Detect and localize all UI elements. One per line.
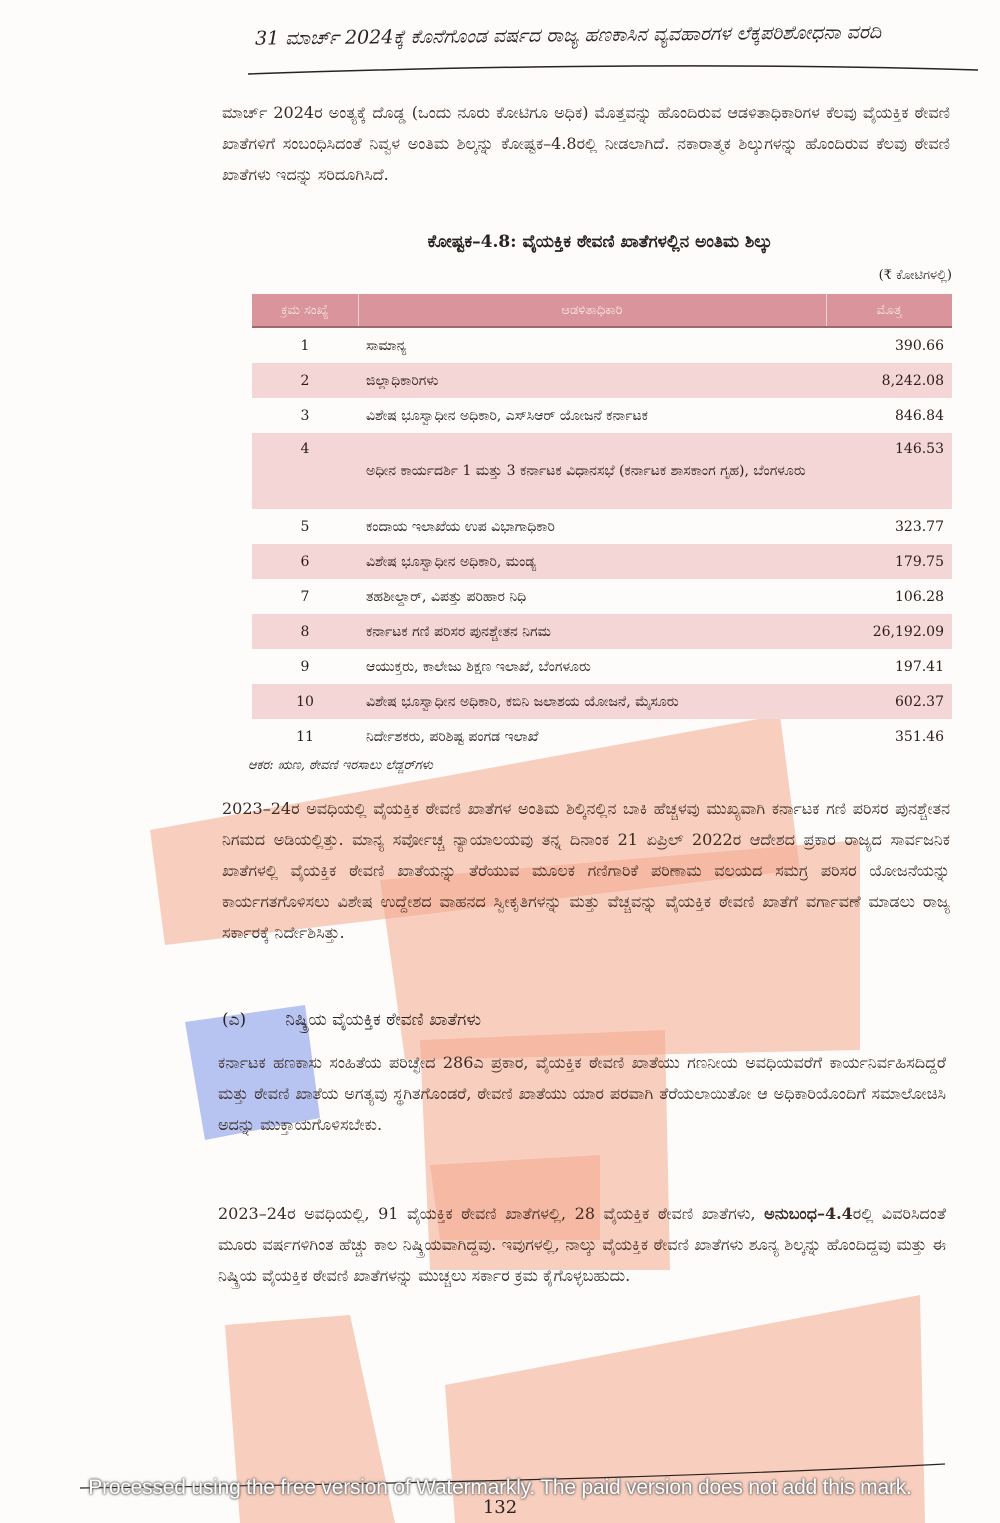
administrator-cell: ಕರ್ನಾಟಕ ಗಣಿ ಪರಿಸರ ಪುನಶ್ಚೇತನ ನಿಗಮ [358,614,826,649]
subsection-heading: (ಎ) ನಿಷ್ಕ್ರಿಯ ವೈಯಕ್ತಿಕ ಠೇವಣಿ ಖಾತೆಗಳು [222,1010,481,1030]
administrator-cell: ಕಂದಾಯ ಇಲಾಖೆಯ ಉಪ ವಿಭಾಗಾಧಿಕಾರಿ [358,509,826,544]
administrator-cell: ಆಯುಕ್ತರು, ಕಾಲೇಜು ಶಿಕ್ಷಣ ಇಲಾಖೆ, ಬೆಂಗಳೂರು [358,649,826,684]
amount-cell: 323.77 [826,509,952,544]
administrator-cell: ಜಿಲ್ಲಾಧಿಕಾರಿಗಳು [358,363,826,398]
table-row: 5ಕಂದಾಯ ಇಲಾಖೆಯ ಉಪ ವಿಭಾಗಾಧಿಕಾರಿ323.77 [252,509,952,544]
table-row: 2ಜಿಲ್ಲಾಧಿಕಾರಿಗಳು8,242.08 [252,363,952,398]
subsection-label: (ಎ) [222,1010,280,1030]
column-header-serial: ಕ್ರಮ ಸಂಖ್ಯೆ [252,294,358,327]
serial-cell: 6 [252,544,358,579]
amount-cell: 602.37 [826,684,952,719]
administrator-cell: ತಹಶೀಲ್ದಾರ್, ವಿಪತ್ತು ಪರಿಹಾರ ನಿಧಿ [358,579,826,614]
column-header-amount: ಮೊತ್ತ [826,294,952,327]
serial-cell: 1 [252,327,358,363]
serial-cell: 7 [252,579,358,614]
amount-cell: 106.28 [826,579,952,614]
table-row: 11ನಿರ್ದೇಶಕರು, ಪರಿಶಿಷ್ಟ ಪಂಗಡ ಇಲಾಖೆ351.46 [252,719,952,754]
administrator-cell: ಅಧೀನ ಕಾರ್ಯದರ್ಶಿ 1 ಮತ್ತು 3 ಕರ್ನಾಟಕ ವಿಧಾನಸ… [358,433,826,509]
administrator-cell: ವಿಶೇಷ ಭೂಸ್ವಾಧೀನ ಅಧಿಕಾರಿ, ಮಂಡ್ಯ [358,544,826,579]
serial-cell: 11 [252,719,358,754]
administrator-cell: ನಿರ್ದೇಶಕರು, ಪರಿಶಿಷ್ಟ ಪಂಗಡ ಇಲಾಖೆ [358,719,826,754]
paragraph-inactive-accounts: 2023–24ರ ಅವಧಿಯಲ್ಲಿ, 91 ವೈಯಕ್ತಿಕ ಠೇವಣಿ ಖಾ… [218,1198,946,1291]
paragraph-finance-code: ಕರ್ನಾಟಕ ಹಣಕಾಸು ಸಂಹಿತೆಯ ಪರಿಚ್ಛೇದ 286ಎ ಪ್ರ… [218,1047,946,1140]
amount-cell: 351.46 [826,719,952,754]
amount-cell: 390.66 [826,327,952,363]
balance-table: ಕ್ರಮ ಸಂಖ್ಯೆ ಆಡಳಿತಾಧಿಕಾರಿ ಮೊತ್ತ 1ಸಾಮಾನ್ಯ3… [252,294,952,754]
administrator-cell: ಸಾಮಾನ್ಯ [358,327,826,363]
table-row: 8ಕರ್ನಾಟಕ ಗಣಿ ಪರಿಸರ ಪುನಶ್ಚೇತನ ನಿಗಮ26,192.… [252,614,952,649]
serial-cell: 3 [252,398,358,433]
table-title: ಕೋಷ್ಟಕ–4.8: ವೈಯಕ್ತಿಕ ಠೇವಣಿ ಖಾತೆಗಳಲ್ಲಿನ ಅ… [250,232,950,252]
annexure-reference: ಅನುಬಂಧ–4.4 [764,1204,853,1223]
intro-paragraph: ಮಾರ್ಚ್ 2024ರ ಅಂತ್ಯಕ್ಕೆ ದೊಡ್ಡ (ಒಂದು ನೂರು … [222,97,950,190]
serial-cell: 9 [252,649,358,684]
table-header-row: ಕ್ರಮ ಸಂಖ್ಯೆ ಆಡಳಿತಾಧಿಕಾರಿ ಮೊತ್ತ [252,294,952,327]
table-row: 3ವಿಶೇಷ ಭೂಸ್ವಾಧೀನ ಅಧಿಕಾರಿ, ಎಸ್‌ಸಿಆರ್ ಯೋಜನ… [252,398,952,433]
amount-cell: 8,242.08 [826,363,952,398]
serial-cell: 4 [252,433,358,509]
table-row: 1ಸಾಮಾನ್ಯ390.66 [252,327,952,363]
paragraph-kmerc: 2023–24ರ ಅವಧಿಯಲ್ಲಿ ವೈಯಕ್ತಿಕ ಠೇವಣಿ ಖಾತೆಗಳ… [222,793,950,948]
table-row: 4ಅಧೀನ ಕಾರ್ಯದರ್ಶಿ 1 ಮತ್ತು 3 ಕರ್ನಾಟಕ ವಿಧಾನ… [252,433,952,509]
amount-cell: 197.41 [826,649,952,684]
serial-cell: 2 [252,363,358,398]
amount-cell: 846.84 [826,398,952,433]
amount-cell: 26,192.09 [826,614,952,649]
serial-cell: 5 [252,509,358,544]
administrator-cell: ವಿಶೇಷ ಭೂಸ್ವಾಧೀನ ಅಧಿಕಾರಿ, ಎಸ್‌ಸಿಆರ್ ಯೋಜನೆ… [358,398,826,433]
watermark-overlay [0,0,1000,1523]
serial-cell: 8 [252,614,358,649]
table-row: 6ವಿಶೇಷ ಭೂಸ್ವಾಧೀನ ಅಧಿಕಾರಿ, ಮಂಡ್ಯ179.75 [252,544,952,579]
page-number: 132 [0,1497,1000,1518]
column-header-administrator: ಆಡಳಿತಾಧಿಕಾರಿ [358,294,826,327]
table-source-note: ಆಕರ: ಋಣ, ಠೇವಣಿ ಇರಸಾಲು ಲೆಡ್ಜರ್‌ಗಳು [248,758,433,773]
table-row: 9ಆಯುಕ್ತರು, ಕಾಲೇಜು ಶಿಕ್ಷಣ ಇಲಾಖೆ, ಬೆಂಗಳೂರು… [252,649,952,684]
table-row: 10ವಿಶೇಷ ಭೂಸ್ವಾಧೀನ ಅಧಿಕಾರಿ, ಕಬಿನಿ ಜಲಾಶಯ ಯ… [252,684,952,719]
table-row: 7ತಹಶೀಲ್ದಾರ್, ವಿಪತ್ತು ಪರಿಹಾರ ನಿಧಿ106.28 [252,579,952,614]
administrator-cell: ವಿಶೇಷ ಭೂಸ್ವಾಧೀನ ಅಧಿಕಾರಿ, ಕಬಿನಿ ಜಲಾಶಯ ಯೋಜ… [358,684,826,719]
amount-cell: 146.53 [826,433,952,509]
table-unit: (₹ ಕೋಟಿಗಳಲ್ಲಿ) [879,268,952,283]
serial-cell: 10 [252,684,358,719]
watermark-text: Processed using the free version of Wate… [0,1476,1000,1500]
subsection-title: ನಿಷ್ಕ್ರಿಯ ವೈಯಕ್ತಿಕ ಠೇವಣಿ ಖಾತೆಗಳು [285,1010,481,1030]
amount-cell: 179.75 [826,544,952,579]
